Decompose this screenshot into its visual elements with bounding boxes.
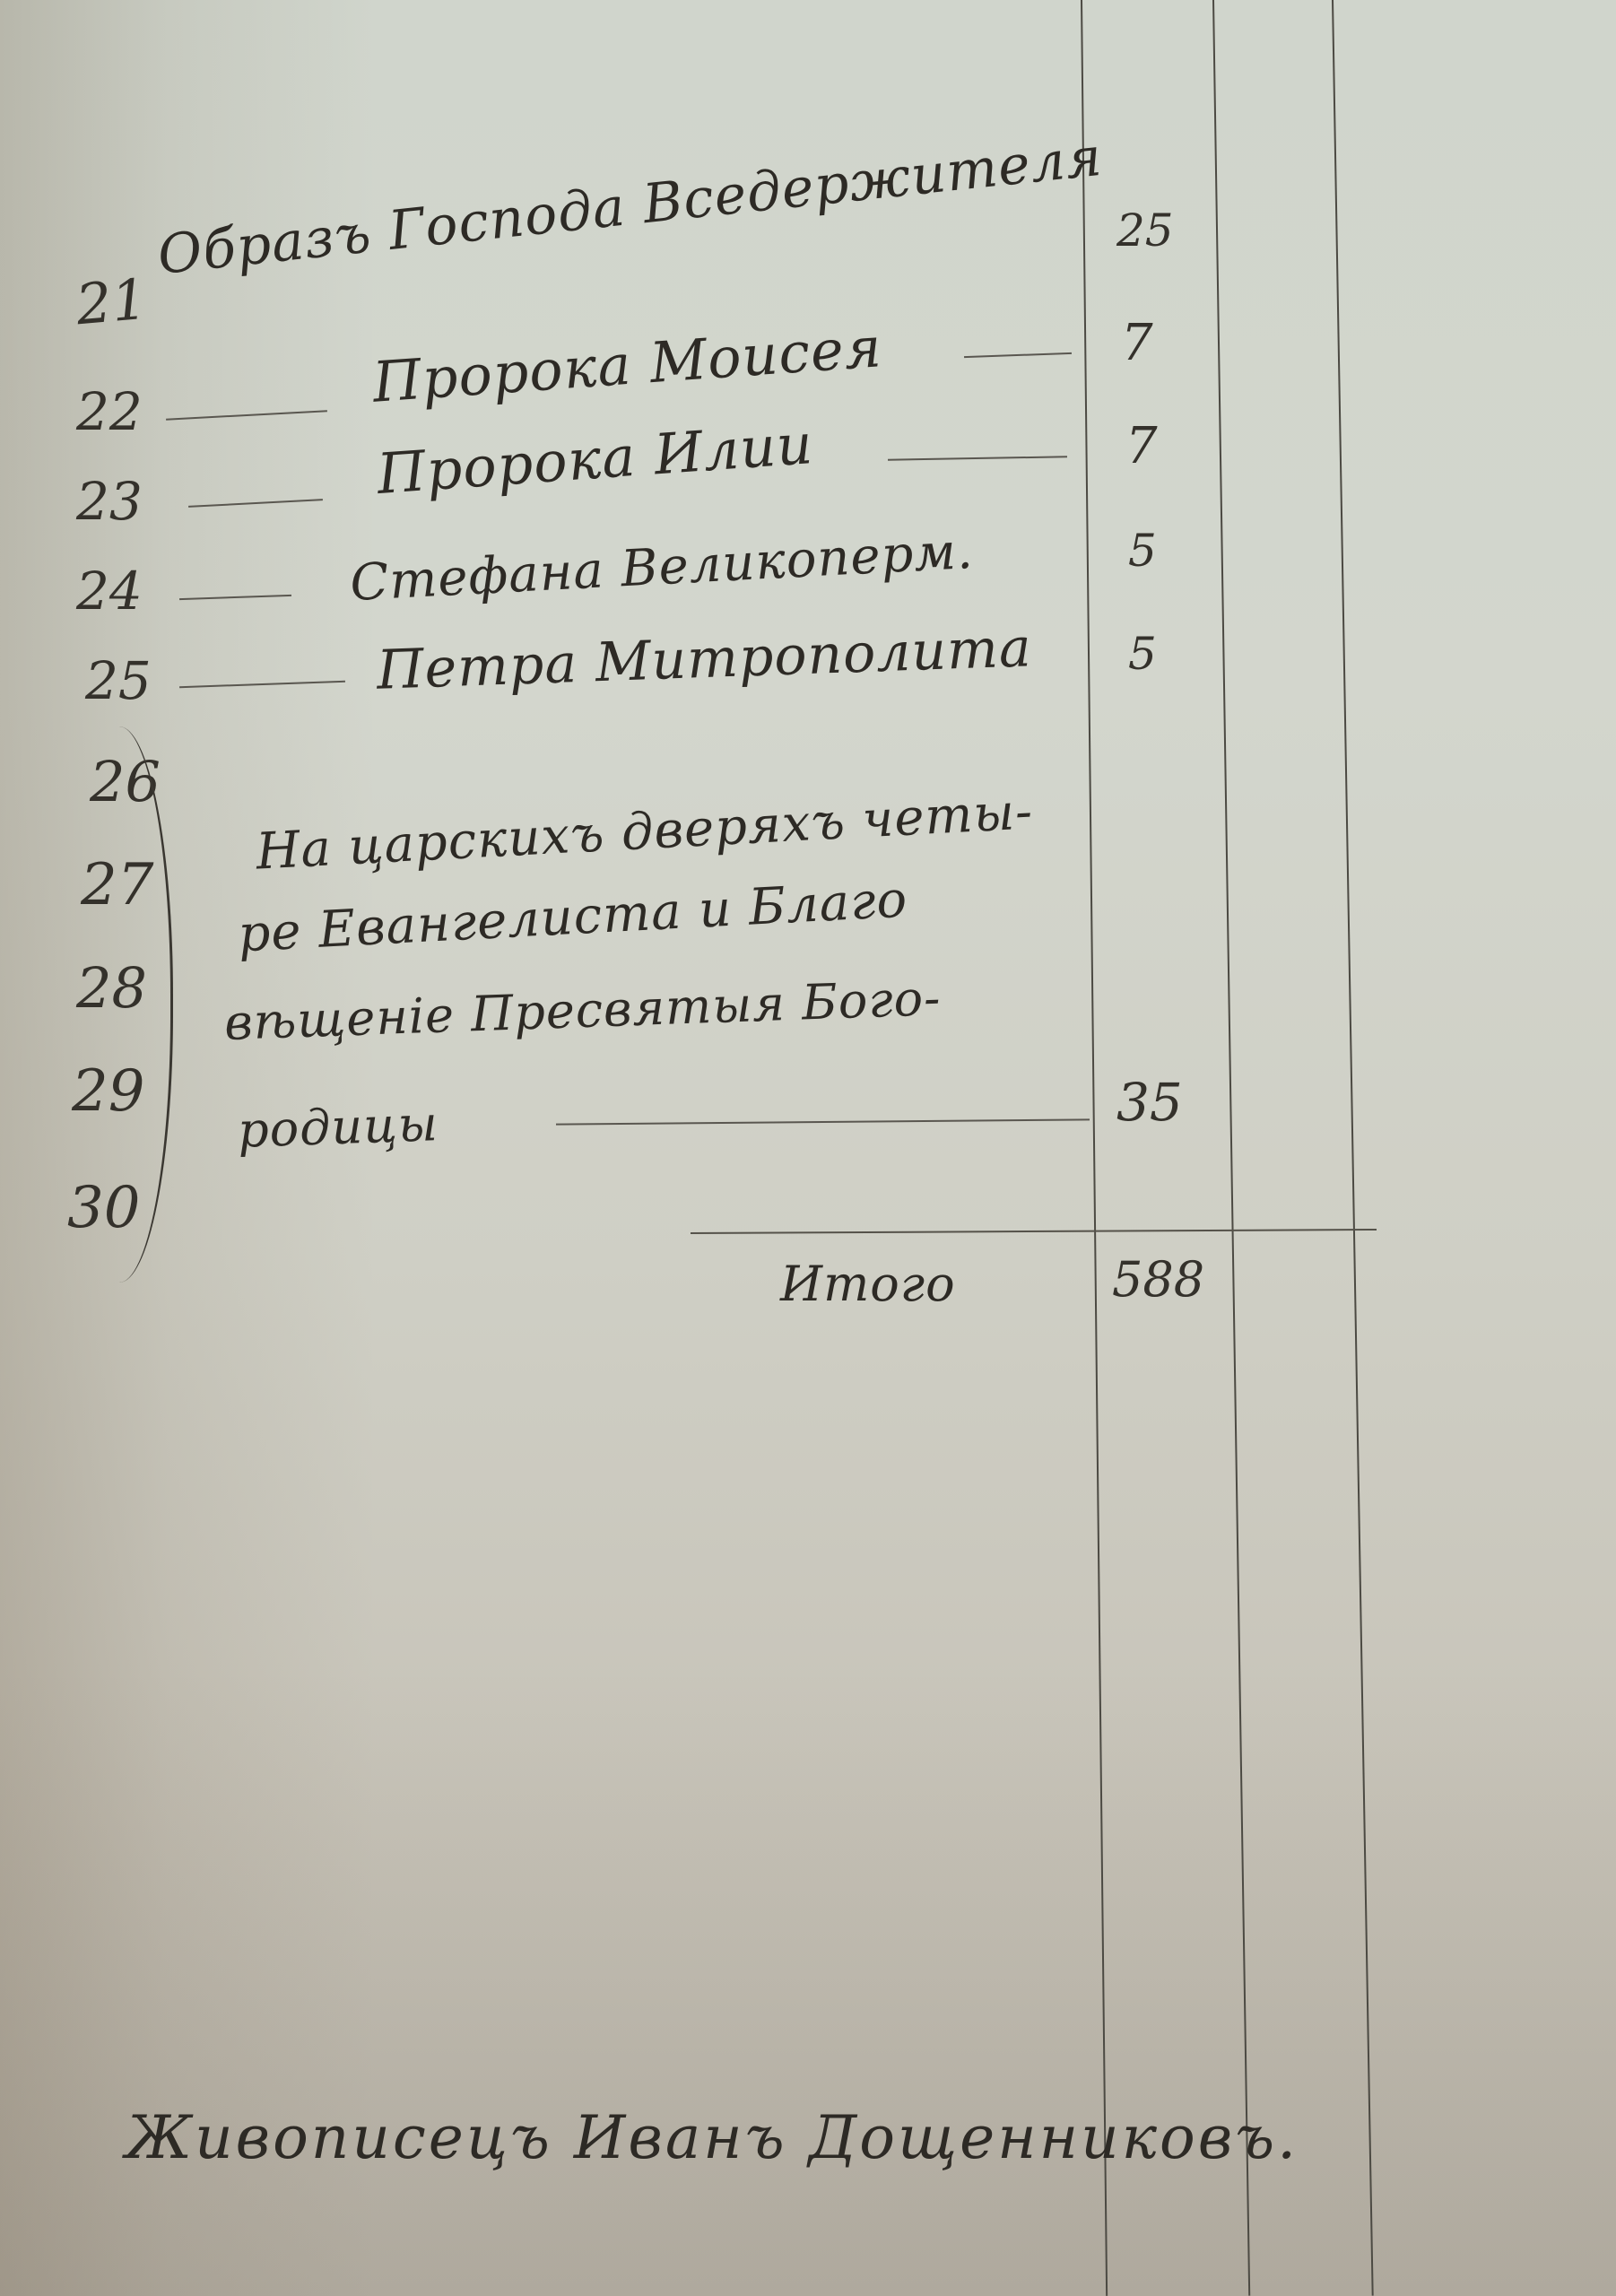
group-text-line-1: На царскихъ дверяхъ четы- (255, 782, 1035, 881)
total-rule (691, 1229, 1377, 1234)
group-text-line-4: родицы (237, 1095, 439, 1159)
entry-text: Петра Митрополита (376, 616, 1033, 701)
entry-number: 24 (76, 561, 143, 622)
entry-amount: 7 (1121, 314, 1153, 372)
entry-text: Пророка Илии (375, 411, 815, 507)
column-rule-2 (1212, 0, 1250, 2296)
paper-shadow-bottom (0, 1668, 1616, 2296)
entry-amount: 25 (1116, 204, 1174, 257)
group-dash-trail (556, 1118, 1090, 1125)
column-rule-3 (1332, 0, 1374, 2296)
entry-text: Образъ Господа Вседержителя (155, 126, 1106, 287)
entry-number: 22 (76, 381, 143, 442)
entry-number: 25 (85, 650, 152, 711)
entry-amount: 7 (1125, 417, 1158, 475)
group-bracket (117, 726, 173, 1283)
entry-text: Пророка Моисея (370, 314, 884, 415)
entry-dash (179, 681, 345, 688)
entry-dash (179, 595, 291, 600)
entry-number: 23 (76, 471, 143, 532)
signature: Живописецъ Иванъ Дощенниковъ. (126, 2103, 1299, 2172)
total-label: Итого (780, 1256, 956, 1312)
group-text-line-2: ре Евангелиста и Благо (237, 870, 909, 963)
entry-number: 21 (74, 266, 150, 338)
entry-dash-trail (888, 456, 1067, 460)
group-amount: 35 (1116, 1072, 1183, 1133)
entry-text: Стефана Великоперм. (349, 522, 975, 613)
entry-dash (188, 499, 323, 508)
entry-dash (166, 410, 327, 420)
entry-amount: 5 (1128, 628, 1157, 680)
group-text-line-3: вѣщеніе Пресвятыя Бого- (223, 970, 942, 1051)
entry-amount: 5 (1128, 525, 1157, 577)
entry-dash-trail (964, 352, 1072, 358)
column-rule-1 (1081, 0, 1108, 2296)
total-amount: 588 (1112, 1251, 1204, 1308)
